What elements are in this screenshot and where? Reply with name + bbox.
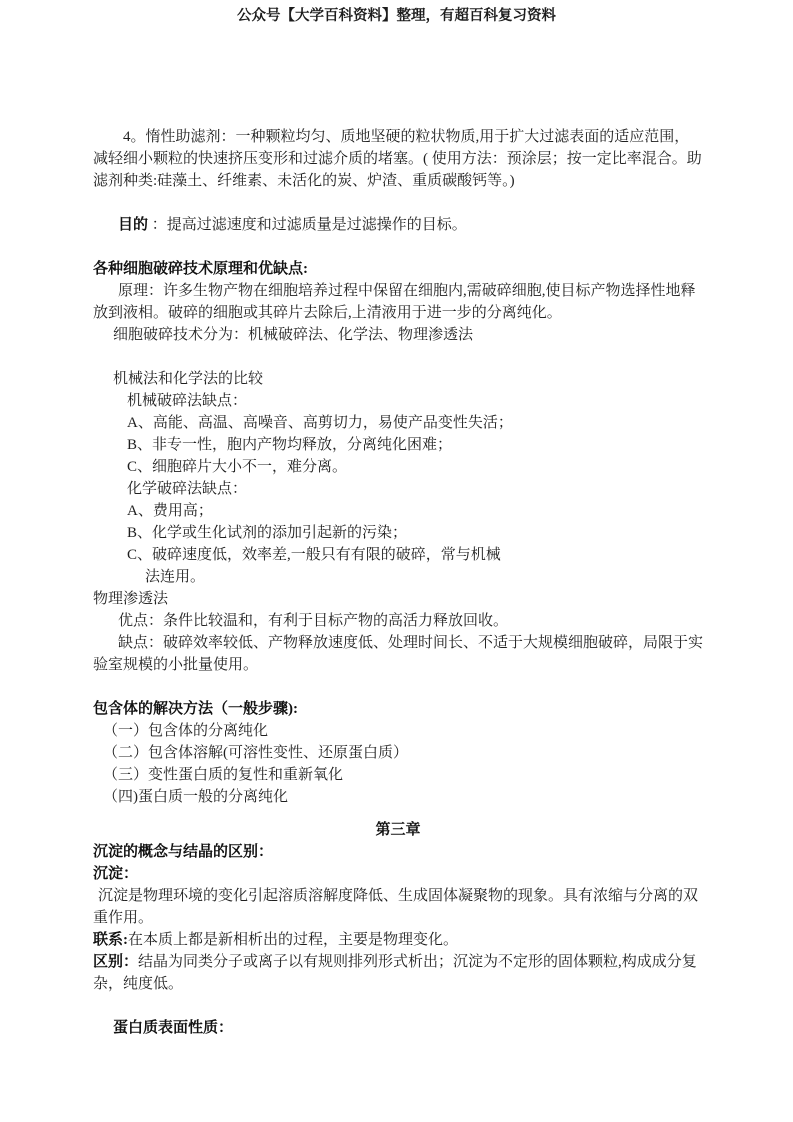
heading-cell-disruption-techniques: 各种细胞破碎技术原理和优缺点: [93, 258, 703, 280]
item-chemical-drawback-c: C、破碎速度低，效率差,一般只有有限的破碎，常与机械 [93, 544, 703, 566]
text-run: A、费用高； [127, 503, 213, 519]
bold-text-run: 联系: [93, 932, 128, 948]
text-run: 缺点：破碎效率较低、产物释放速度低、处理时间长、不适于大规模细胞破碎，局限于实验… [93, 635, 703, 673]
text-run: C、细胞碎片大小不一，难分离。 [127, 459, 347, 475]
item-mechanical-drawback-c: C、细胞碎片大小不一，难分离。 [93, 456, 703, 478]
line-mechanical-chemical-comparison: 机械法和化学法的比较 [93, 368, 703, 390]
item-mechanical-drawback-b: B、非专一性，胞内产物均释放，分离纯化困难； [93, 434, 703, 456]
text-run: （四)蛋白质一般的分离纯化 [103, 789, 288, 805]
item-mechanical-drawback-a: A、高能、高温、高噪音、高剪切力，易使产品变性失活； [93, 412, 703, 434]
page-header-title: 公众号【大学百科资料】整理，有超百科复习资料 [0, 0, 793, 26]
line-chemical-drawback-c-cont: 法连用。 [93, 566, 703, 588]
bold-text-run: 蛋白质表面性质： [113, 1020, 233, 1036]
text-run: 细胞破碎技术分为：机械破碎法、化学法、物理渗透法 [113, 327, 473, 343]
line-chemical-drawbacks-title: 化学破碎法缺点： [93, 478, 703, 500]
item-inclusion-step-2: （二）包含体溶解(可溶性变性、还原蛋白质） [93, 742, 703, 764]
text-run: B、非专一性，胞内产物均释放，分离纯化困难； [127, 437, 452, 453]
text-run: 在本质上都是新相析出的过程，主要是物理变化。 [128, 932, 458, 948]
heading-protein-surface-properties: 蛋白质表面性质： [93, 1017, 703, 1039]
heading-inclusion-body-solution: 包含体的解决方法（一般步骤): [93, 698, 703, 720]
line-physical-permeation-title: 物理渗透法 [93, 588, 703, 610]
item-inclusion-step-3: （三）变性蛋白质的复性和重新氧化 [93, 764, 703, 786]
text-run: 优点：条件比较温和，有利于目标产物的高活力释放回收。 [118, 613, 508, 629]
document-page: 公众号【大学百科资料】整理，有超百科复习资料 4。惰性助滤剂：一种颗粒均匀、质地… [0, 0, 793, 1122]
bold-text-run: 沉淀的概念与结晶的区别： [93, 844, 273, 860]
text-run: 原理：许多生物产物在细胞培养过程中保留在细胞内,需破碎细胞,使目标产物选择性地释… [93, 283, 696, 321]
heading-chapter-three: 第三章 [93, 819, 703, 841]
text-run: 物理渗透法 [93, 591, 168, 607]
text-run: （一）包含体的分离纯化 [103, 723, 268, 739]
heading-precipitation-vs-crystallization: 沉淀的概念与结晶的区别： [93, 841, 703, 863]
para-difference: 区别：结晶为同类分子或离子以有规则排列形式析出；沉淀为不定形的固体颗粒,构成成分… [93, 951, 703, 995]
bold-text-run: 沉淀： [93, 866, 138, 882]
text-run: （三）变性蛋白质的复性和重新氧化 [103, 767, 343, 783]
text-run: 化学破碎法缺点： [127, 481, 247, 497]
bold-text-run: 包含体的解决方法（一般步骤): [93, 701, 298, 717]
bold-text-run: 第三章 [375, 822, 420, 838]
text-run: B、化学或生化试剂的添加引起新的污染； [127, 525, 407, 541]
item-chemical-drawback-b: B、化学或生化试剂的添加引起新的污染； [93, 522, 703, 544]
bold-text-run: 目的 [118, 217, 148, 233]
text-run: 沉淀是物理环境的变化引起溶质溶解度降低、生成固体凝聚物的现象。具有浓缩与分离的双… [93, 888, 698, 926]
line-physical-advantages: 优点：条件比较温和，有利于目标产物的高活力释放回收。 [93, 610, 703, 632]
para-inert-filter-aid: 4。惰性助滤剂：一种颗粒均匀、质地坚硬的粒状物质,用于扩大过滤表面的适应范围，减… [93, 126, 703, 192]
text-run: 机械法和化学法的比较 [113, 371, 263, 387]
line-mechanical-drawbacks-title: 机械破碎法缺点： [93, 390, 703, 412]
text-run: 结晶为同类分子或离子以有规则排列形式析出；沉淀为不定形的固体颗粒,构成成分复杂，… [93, 954, 697, 992]
text-run: A、高能、高温、高噪音、高剪切力，易使产品变性失活； [127, 415, 513, 431]
bold-text-run: 各种细胞破碎技术原理和优缺点: [93, 261, 308, 277]
text-run: （二）包含体溶解(可溶性变性、还原蛋白质） [103, 745, 408, 761]
text-run: 4。惰性助滤剂：一种颗粒均匀、质地坚硬的粒状物质,用于扩大过滤表面的适应范围，减… [93, 129, 702, 189]
text-run: 法连用。 [145, 569, 205, 585]
item-inclusion-step-4: （四)蛋白质一般的分离纯化 [93, 786, 703, 808]
para-precipitation-definition: 沉淀是物理环境的变化引起溶质溶解度降低、生成固体凝聚物的现象。具有浓缩与分离的双… [93, 885, 703, 929]
item-chemical-drawback-a: A、费用高； [93, 500, 703, 522]
text-run: ：提高过滤速度和过滤质量是过滤操作的目标。 [148, 217, 467, 233]
text-run: C、破碎速度低，效率差,一般只有有限的破碎，常与机械 [127, 547, 501, 563]
item-inclusion-step-1: （一）包含体的分离纯化 [93, 720, 703, 742]
bold-text-run: 区别： [93, 954, 138, 970]
heading-precipitation: 沉淀： [93, 863, 703, 885]
para-connection: 联系:在本质上都是新相析出的过程，主要是物理变化。 [93, 929, 703, 951]
para-disruption-principle: 原理：许多生物产物在细胞培养过程中保留在细胞内,需破碎细胞,使目标产物选择性地释… [93, 280, 703, 324]
line-disruption-categories: 细胞破碎技术分为：机械破碎法、化学法、物理渗透法 [93, 324, 703, 346]
para-physical-disadvantages: 缺点：破碎效率较低、产物释放速度低、处理时间长、不适于大规模细胞破碎，局限于实验… [93, 632, 703, 676]
document-body: 4。惰性助滤剂：一种颗粒均匀、质地坚硬的粒状物质,用于扩大过滤表面的适应范围，减… [93, 126, 703, 1039]
line-filtration-purpose: 目的 ：提高过滤速度和过滤质量是过滤操作的目标。 [93, 214, 703, 236]
text-run: 机械破碎法缺点： [127, 393, 247, 409]
